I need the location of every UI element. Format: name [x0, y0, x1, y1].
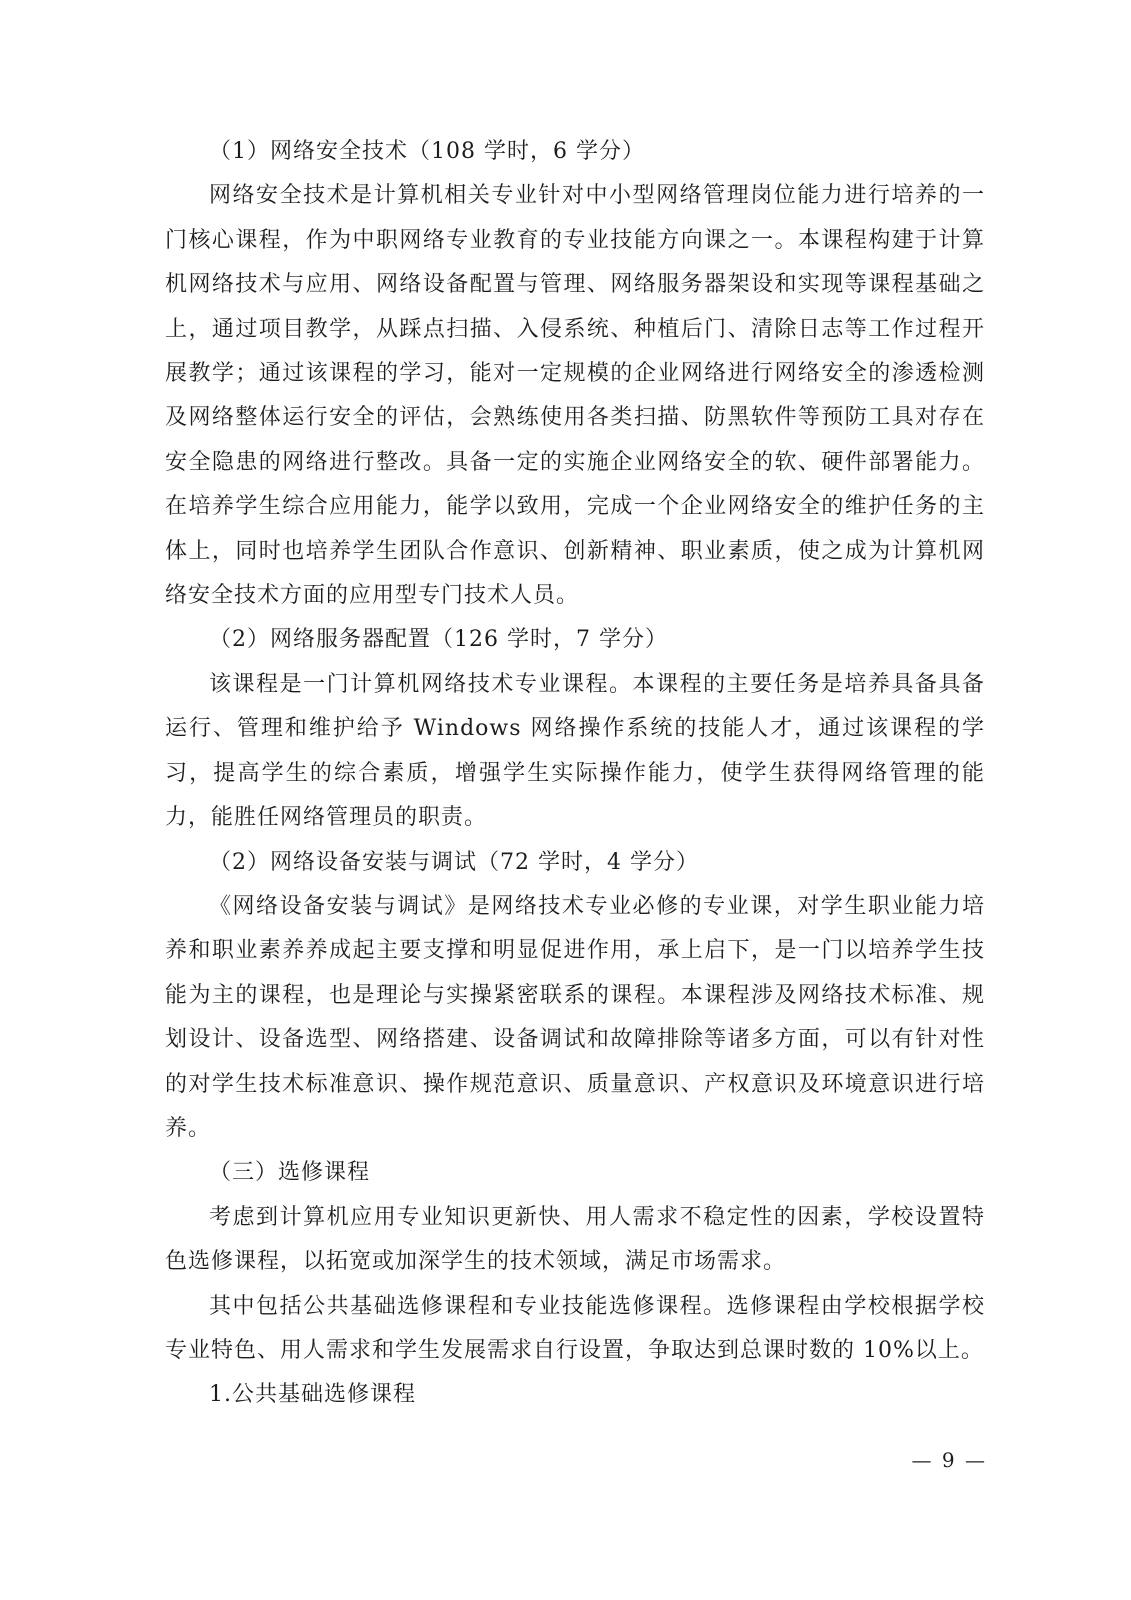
paragraph: 其中包括公共基础选修课程和专业技能选修课程。选修课程由学校根据学校专业特色、用人…	[165, 1285, 985, 1374]
page-number: — 9 —	[912, 1448, 987, 1472]
paragraph: 网络安全技术是计算机相关专业针对中小型网络管理岗位能力进行培养的一门核心课程，作…	[165, 174, 985, 618]
section-heading: （1）网络安全技术（108 学时，6 学分）	[165, 130, 985, 174]
section-heading: （2）网络设备安装与调试（72 学时，4 学分）	[165, 841, 985, 885]
paragraph: 该课程是一门计算机网络技术专业课程。本课程的主要任务是培养具备具备运行、管理和维…	[165, 663, 985, 841]
section-heading: （2）网络服务器配置（126 学时，7 学分）	[165, 618, 985, 662]
paragraph: 考虑到计算机应用专业知识更新快、用人需求不稳定性的因素，学校设置特色选修课程，以…	[165, 1196, 985, 1285]
document-body: （1）网络安全技术（108 学时，6 学分）网络安全技术是计算机相关专业针对中小…	[165, 130, 985, 1418]
paragraph: 《网络设备安装与调试》是网络技术专业必修的专业课，对学生职业能力培养和职业素养养…	[165, 885, 985, 1151]
section-heading: （三）选修课程	[165, 1151, 985, 1195]
document-page: （1）网络安全技术（108 学时，6 学分）网络安全技术是计算机相关专业针对中小…	[0, 0, 1131, 1600]
section-heading: 1.公共基础选修课程	[165, 1373, 985, 1417]
